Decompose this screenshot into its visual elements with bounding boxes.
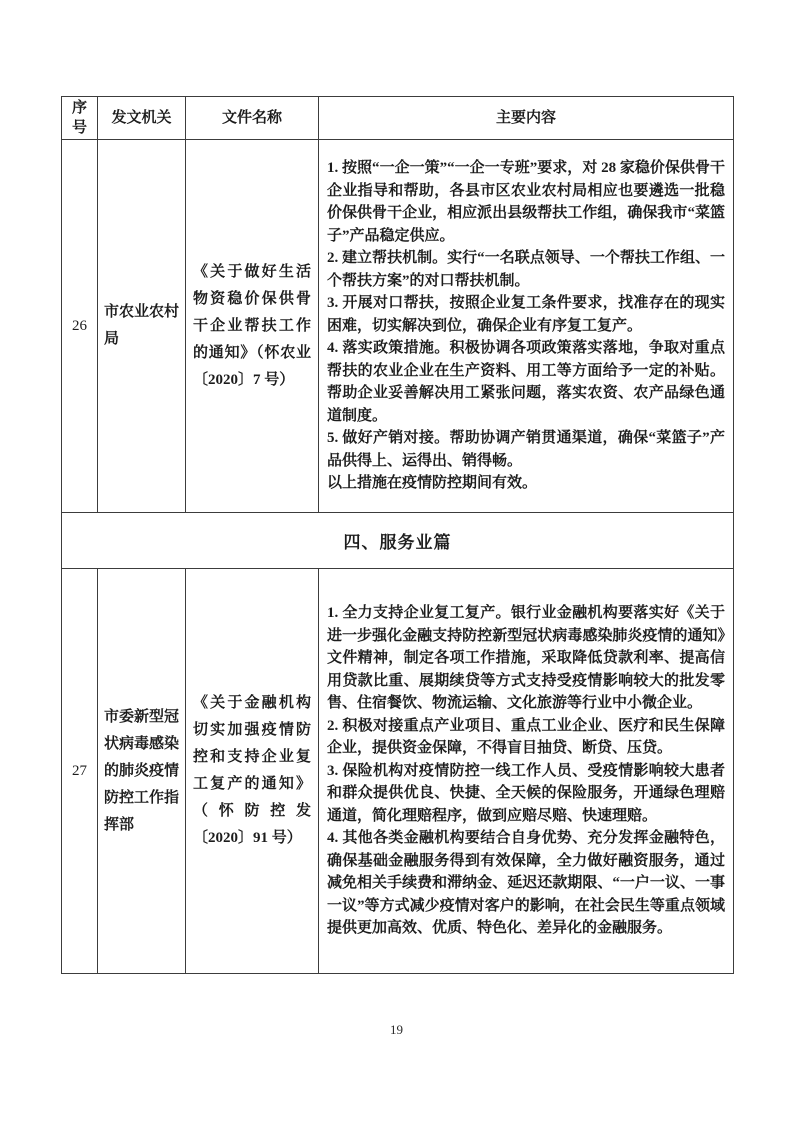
header-doc-name: 文件名称 [186, 97, 319, 140]
doc-name-cell: 《关于做好生活物资稳价保供骨干企业帮扶工作的通知》（怀农业〔2020〕7 号） [186, 140, 319, 513]
filings-table: 序号 发文机关 文件名称 主要内容 26 市农业农村局 《关于做好生活物资稳价保… [61, 96, 734, 974]
document-page: 序号 发文机关 文件名称 主要内容 26 市农业农村局 《关于做好生活物资稳价保… [0, 0, 793, 1122]
section-header-row: 四、服务业篇 [62, 513, 734, 569]
table-header-row: 序号 发文机关 文件名称 主要内容 [62, 97, 734, 140]
section-header-cell: 四、服务业篇 [62, 513, 734, 569]
agency-cell: 市农业农村局 [98, 140, 186, 513]
header-agency: 发文机关 [98, 97, 186, 140]
table-row-26: 26 市农业农村局 《关于做好生活物资稳价保供骨干企业帮扶工作的通知》（怀农业〔… [62, 140, 734, 513]
seq-cell: 27 [62, 569, 98, 974]
table-row-27: 27 市委新型冠状病毒感染的肺炎疫情防控工作指挥部 《关于金融机构切实加强疫情防… [62, 569, 734, 974]
header-content: 主要内容 [319, 97, 734, 140]
header-seq: 序号 [62, 97, 98, 140]
agency-cell: 市委新型冠状病毒感染的肺炎疫情防控工作指挥部 [98, 569, 186, 974]
doc-name-cell: 《关于金融机构切实加强疫情防控和支持企业复工复产的通知》（怀防控发〔2020〕9… [186, 569, 319, 974]
content-cell: 1. 全力支持企业复工复产。银行业金融机构要落实好《关于进一步强化金融支持防控新… [319, 569, 734, 974]
page-number: 19 [0, 1022, 793, 1038]
seq-cell: 26 [62, 140, 98, 513]
content-cell: 1. 按照“一企一策”“一企一专班”要求，对 28 家稳价保供骨干企业指导和帮助… [319, 140, 734, 513]
